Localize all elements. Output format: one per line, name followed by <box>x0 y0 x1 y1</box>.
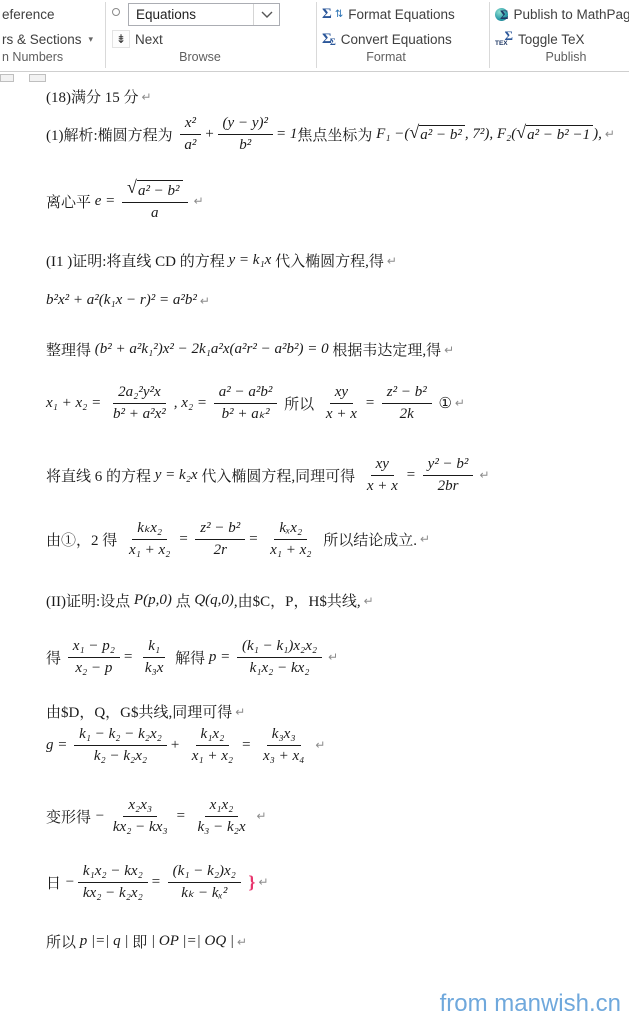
format-equations-label: Format Equations <box>348 7 455 22</box>
fraction: (y − y)²b² <box>218 114 273 155</box>
fraction: x²a² <box>179 114 201 155</box>
math-run: g = <box>46 737 71 754</box>
fraction: z² − b²2r <box>195 519 245 560</box>
math-run: − <box>95 808 105 825</box>
chapters-sections-label: rs & Sections <box>2 32 82 47</box>
ribbon-separator <box>316 2 317 68</box>
paragraph-mark-icon: ↵ <box>315 738 325 752</box>
ruler-marker[interactable] <box>0 74 14 82</box>
radical-icon: √ <box>127 178 137 196</box>
fraction: x₁ − p₂x₂ − p <box>68 637 120 678</box>
text-run: ,由$C，P，H$共线, <box>234 590 361 611</box>
paragraph-mark-icon: ↵ <box>387 254 397 268</box>
paragraph-mark-icon: ↵ <box>605 127 615 141</box>
red-brace: } <box>244 872 256 893</box>
text-run: (1)解析:椭圆方程为 <box>46 124 176 145</box>
ruler-strip <box>0 71 629 85</box>
math-line: 变形得 −x₂x₃kx₂ − kx₃= x₁x₂k₃ − k₂x↵ <box>46 796 267 837</box>
math-run: x₁ + x₂ = <box>46 395 105 412</box>
convert-equations-button[interactable]: ΣΣ Convert Equations <box>322 28 452 50</box>
publish-to-mathpage-button[interactable]: Σ Publish to MathPage <box>495 3 629 25</box>
math-run: y = k₂x <box>155 467 198 484</box>
math-line: g = k₁ − k₂ − k₂x₂k₂ − k₂x₂+ k₁x₂x₁ + x₂… <box>46 725 325 766</box>
math-run: = <box>241 737 255 754</box>
math-run: + <box>170 737 184 754</box>
paragraph-mark-icon: ↵ <box>455 396 465 410</box>
math-line: 整理得 (b² + a²k₁²)x² − 2k₁a²x(a²r² − a²b²)… <box>46 339 454 360</box>
math-run: F₁ −( <box>376 126 409 143</box>
fraction: k₁x₂x₁ + x₂ <box>187 725 238 766</box>
ruler-marker[interactable] <box>29 74 46 82</box>
mathpage-sphere-icon: Σ <box>495 8 509 21</box>
paragraph-mark-icon: ↵ <box>235 705 245 719</box>
convert-equations-label: Convert Equations <box>341 32 452 47</box>
fraction: kₖx₂x₁ + x₂ <box>124 519 175 560</box>
fraction: y² − b²2br <box>423 455 474 496</box>
ribbon: eference rs & Sections ▾ n Numbers Equat… <box>0 0 629 72</box>
radical-icon: √ <box>516 123 526 141</box>
publish-to-mathpage-label: Publish to MathPage <box>514 7 629 22</box>
math-run: − <box>65 874 75 891</box>
sqrt-expression: √a² − b² <box>409 125 465 144</box>
math-line: 得 x₁ − p₂x₂ − p= k₁k₃x 解得 p = (k₁ − k₁)x… <box>46 637 338 678</box>
math-run: p = <box>209 649 234 666</box>
next-icon: ⇟ <box>112 30 130 48</box>
paragraph-mark-icon: ↵ <box>200 294 210 308</box>
text-run: 所以结论成立. <box>319 529 417 550</box>
toggle-tex-icon: Σ TEX <box>495 31 513 47</box>
text-run: 即 <box>129 931 152 952</box>
fraction: a² − a²b²b² + aₖ² <box>214 383 278 424</box>
math-run: (b² + a²k₁²)x² − 2k₁a²x(a²r² − a²b²) = 0 <box>95 341 333 358</box>
chevron-down-icon: ▾ <box>89 34 94 45</box>
ribbon-separator <box>489 2 490 68</box>
paragraph-mark-icon: ↵ <box>364 594 374 608</box>
combobox-dropdown-button[interactable] <box>253 4 279 25</box>
fraction: k₁x₂ − kx₂kx₂ − k₂x₂ <box>78 862 148 903</box>
toggle-tex-button[interactable]: Σ TEX Toggle TeX <box>495 28 585 50</box>
math-run: y = k₁x <box>229 252 272 269</box>
math-line: (1)解析:椭圆方程为 x²a²+(y − y)²b²= 1焦点坐标为 F₁ −… <box>46 114 615 155</box>
paragraph-mark-icon: ↵ <box>194 194 204 208</box>
group-label-equation-numbers: n Numbers <box>2 50 102 64</box>
text-run: (II)证明:设点 <box>46 590 134 611</box>
math-line: 将直线 6 的方程 y = k₂x 代入椭圆方程,同理可得 xyx + x= y… <box>46 455 490 496</box>
watermark-text: from manwish.cn <box>440 990 621 1018</box>
document-body[interactable]: (18)满分 15 分↵(1)解析:椭圆方程为 x²a²+(y − y)²b²=… <box>0 85 629 1024</box>
math-run: = <box>365 395 379 412</box>
text-run: 代入椭圆方程,同理可得 <box>198 465 359 486</box>
text-run: 根据韦达定理,得 <box>332 339 441 360</box>
sqrt-expression: √a² − b² <box>127 180 183 201</box>
text-run: 解得 <box>171 647 209 668</box>
text-run: 由$D，Q，G$共线,同理可得 <box>46 701 232 722</box>
math-line: (I1 )证明:将直线 CD 的方程 y = k₁x 代入椭圆方程,得↵ <box>46 250 397 271</box>
refresh-arrows-icon: ⇅ <box>335 9 343 20</box>
paragraph-mark-icon: ↵ <box>479 468 489 482</box>
math-run: p |=| q | <box>80 933 129 950</box>
math-line: 由$D，Q，G$共线,同理可得↵ <box>46 701 245 722</box>
sigma-sigma-icon: ΣΣ <box>322 32 336 47</box>
fraction: (k₁ − k₁)x₂x₂k₁x₂ − kx₂ <box>237 637 322 678</box>
math-run: ), <box>593 126 602 143</box>
text-run: 将直线 6 的方程 <box>46 465 155 486</box>
next-label: Next <box>135 32 163 47</box>
insert-reference-label: eference <box>2 7 55 22</box>
paragraph-mark-icon: ↵ <box>142 90 152 104</box>
fraction: k₃x₃x₃ + x₄ <box>258 725 309 766</box>
text-run: (I1 )证明:将直线 CD 的方程 <box>46 250 229 271</box>
fraction: k₁ − k₂ − k₂x₂k₂ − k₂x₂ <box>74 725 167 766</box>
math-run: = 1 <box>276 126 297 143</box>
math-line: (II)证明:设点 P(p,0) 点 Q(q,0),由$C，P，H$共线,↵ <box>46 590 374 611</box>
math-run: b²x² + a²(k₁x − r)² = a²b² <box>46 292 197 309</box>
text-run: 由①，2 得 <box>46 529 121 550</box>
math-run: Q(q,0) <box>194 592 234 609</box>
paragraph-mark-icon: ↵ <box>420 532 430 546</box>
fraction: z² − b²2k <box>382 383 432 424</box>
fraction: x₂x₃kx₂ − kx₃ <box>108 796 173 837</box>
fraction: k₁k₃x <box>140 637 169 678</box>
math-line: 所以 p |=| q | 即 | OP |=| OQ |↵ <box>46 931 247 952</box>
text-run: 离心平 <box>46 191 95 212</box>
math-run: = <box>176 808 190 825</box>
fraction: xyx + x <box>321 383 362 424</box>
toggle-tex-label: Toggle TeX <box>518 32 585 47</box>
fraction: x₁x₂k₃ − k₂x <box>192 796 250 837</box>
text-run: 变形得 <box>46 806 95 827</box>
text-run: (18)满分 15 分 <box>46 86 139 107</box>
math-line: 离心平 e = √a² − b²a↵ <box>46 180 204 223</box>
text-run: 点 <box>172 590 195 611</box>
paragraph-mark-icon: ↵ <box>259 875 269 889</box>
text-run: ① <box>435 394 452 413</box>
sigma-refresh-icon: Σ <box>322 7 332 22</box>
chapters-sections-button[interactable]: rs & Sections ▾ <box>2 28 93 50</box>
math-run: , x₂ = <box>174 395 211 412</box>
text-run: 得 <box>46 647 65 668</box>
math-run: = <box>123 649 137 666</box>
math-run: , 7²), F₂( <box>465 126 516 143</box>
math-run: P(p,0) <box>134 592 172 609</box>
math-run: e = <box>95 193 119 210</box>
equations-combobox[interactable]: Equations <box>128 3 280 26</box>
math-run: = <box>178 531 192 548</box>
group-label-format: Format <box>336 50 436 64</box>
text-run: 焦点坐标为 <box>297 124 376 145</box>
math-run: + <box>204 126 214 143</box>
fraction: kₓx₂x₁ + x₂ <box>265 519 316 560</box>
math-run: = <box>151 874 165 891</box>
sqrt-expression: √a² − b² −1 <box>516 125 593 144</box>
math-line: 由①，2 得 kₖx₂x₁ + x₂= z² − b²2r= kₓx₂x₁ + … <box>46 519 430 560</box>
fraction: √a² − b²a <box>122 180 188 223</box>
math-run: = <box>248 531 262 548</box>
text-run: 代入椭圆方程,得 <box>271 250 384 271</box>
text-run: 所以 <box>46 931 80 952</box>
group-label-browse: Browse <box>150 50 250 64</box>
radical-icon: √ <box>409 123 419 141</box>
ribbon-separator <box>105 2 106 68</box>
fraction: xyx + x <box>362 455 403 496</box>
group-label-publish: Publish <box>516 50 616 64</box>
math-line: x₁ + x₂ = 2a₂²y²xb² + a²x², x₂ = a² − a²… <box>46 383 465 424</box>
fraction: (k₁ − k₂)x₂kₖ − kₓ² <box>168 862 241 903</box>
text-run: 所以 <box>280 393 318 414</box>
chevron-down-icon <box>261 11 273 18</box>
format-equations-button[interactable]: Σ⇅ Format Equations <box>322 3 455 25</box>
paragraph-mark-icon: ↵ <box>256 809 266 823</box>
math-run: | OP |=| OQ | <box>151 933 234 950</box>
fraction: 2a₂²y²xb² + a²x² <box>108 383 171 424</box>
math-line: 日 −k₁x₂ − kx₂kx₂ − k₂x₂= (k₁ − k₂)x₂kₖ −… <box>46 862 269 903</box>
paragraph-mark-icon: ↵ <box>444 343 454 357</box>
math-line: b²x² + a²(k₁x − r)² = a²b²↵ <box>46 292 210 309</box>
app-window: eference rs & Sections ▾ n Numbers Equat… <box>0 0 629 1024</box>
math-run: = <box>406 467 420 484</box>
next-equation-button[interactable]: ⇟ Next <box>112 28 163 50</box>
paragraph-mark-icon: ↵ <box>237 935 247 949</box>
equations-combobox-value: Equations <box>129 7 253 22</box>
text-run: 整理得 <box>46 339 95 360</box>
math-line: (18)满分 15 分↵ <box>46 86 152 107</box>
insert-reference-button[interactable]: eference <box>2 3 55 25</box>
paragraph-mark-icon: ↵ <box>328 650 338 664</box>
equation-bullet-icon <box>112 8 120 16</box>
text-run: 日 <box>46 872 65 893</box>
